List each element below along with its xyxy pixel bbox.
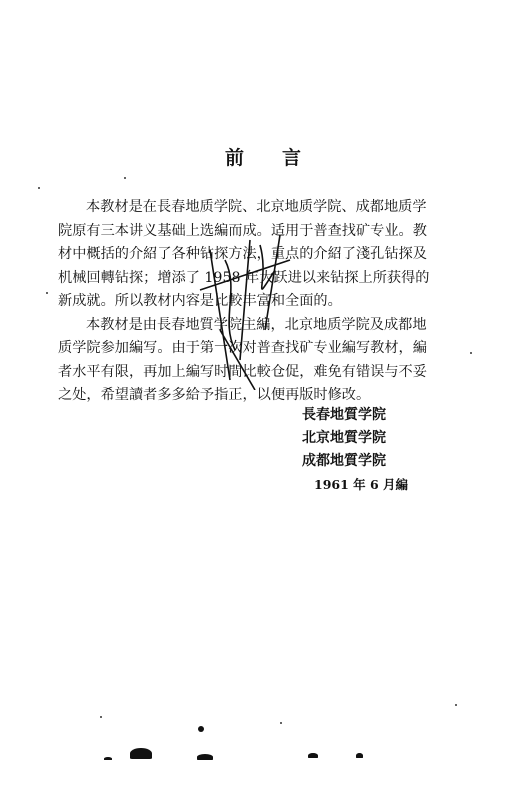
- date-line: 1961 年 6 月編: [302, 473, 408, 496]
- institution-beijing: 北京地質学院: [302, 427, 408, 450]
- text-line: 材中概括的介紹了各种钻探方法，重点的介紹了淺孔钻探及: [58, 243, 468, 267]
- text-line: 机械回轉钻探；增添了 1958 年大跃进以来钻探上所获得的: [58, 267, 468, 291]
- text-line: 新成就。所以教材内容是比較丰富和全面的。: [58, 290, 468, 314]
- text-line: 本教材是由長春地質学院主編，北京地质学院及成都地: [58, 314, 468, 338]
- preface-body: 本教材是在長春地质学院、北京地质学院、成都地质学 院原有三本讲义基础上选編而成。…: [58, 196, 468, 408]
- signature-block: 長春地質学院 北京地質学院 成都地質学院 1961 年 6 月編: [302, 404, 408, 496]
- text-line: 本教材是在長春地质学院、北京地质学院、成都地质学: [58, 196, 468, 220]
- paragraph-2: 本教材是由長春地質学院主編，北京地质学院及成都地 质学院参加編写。由于第一次对普…: [58, 314, 468, 408]
- text-line: 院原有三本讲义基础上选編而成。适用于普查找矿专业。教: [58, 220, 468, 244]
- text-line: 质学院参加編写。由于第一次对普查找矿专业編写教材，編: [58, 337, 468, 361]
- institution-changchun: 長春地質学院: [302, 404, 408, 427]
- text-line: 者水平有限，再加上編写时間比較仓促，难免有错误与不妥: [58, 361, 468, 385]
- paragraph-1: 本教材是在長春地质学院、北京地质学院、成都地质学 院原有三本讲义基础上选編而成。…: [58, 196, 468, 314]
- page-title: 前言: [0, 143, 526, 170]
- institution-chengdu: 成都地質学院: [302, 450, 408, 473]
